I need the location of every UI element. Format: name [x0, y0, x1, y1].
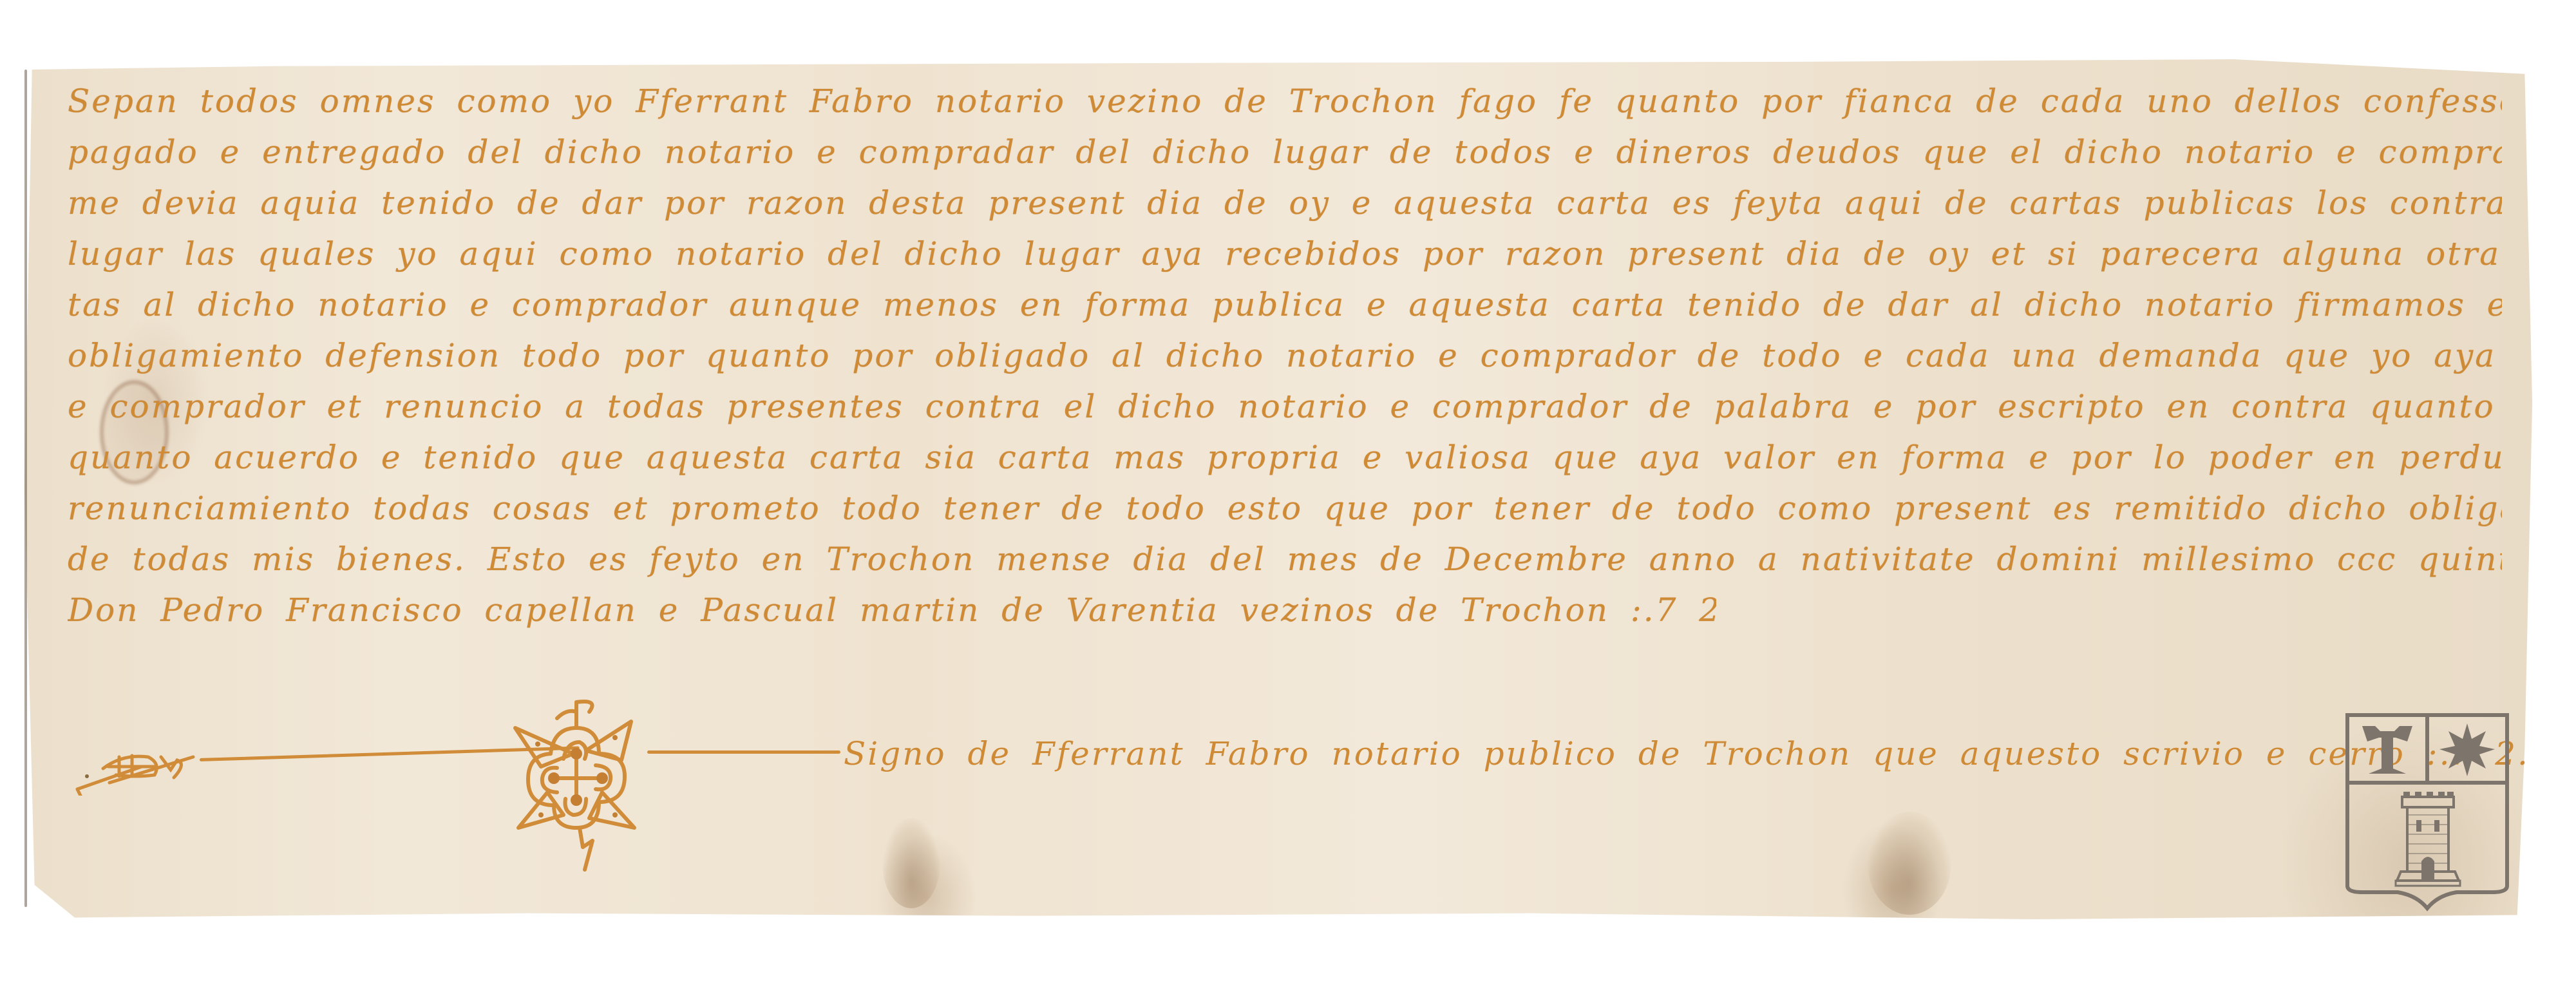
signature-rule-right: [647, 750, 840, 754]
text-line-4: lugar las quales yo aqui como notario de…: [68, 229, 2502, 280]
text-line-8: quanto acuerdo e tenido que aquesta cart…: [68, 432, 2502, 483]
water-stain-bottom-right: [1868, 812, 1951, 915]
text-line-1: Sepan todos omnes como yo Fferrant Fabro…: [68, 76, 2502, 127]
text-line-10: de todas mis bienes. Esto es feyto en Tr…: [68, 534, 2502, 585]
parchment-left-edge: [24, 70, 27, 907]
notary-subscription-text: Signo de Fferrant Fabro notario publico …: [844, 725, 2530, 783]
text-line-3: me devia aquia tenido de dar por razon d…: [68, 178, 2502, 229]
text-line-2: pagado e entregado del dicho notario e c…: [68, 127, 2502, 178]
text-line-9: renunciamiento todas cosas et prometo to…: [68, 483, 2502, 534]
water-stain-bottom-middle: [882, 818, 940, 908]
text-line-5: tas al dicho notario e comprador aunque …: [68, 280, 2502, 330]
monogram-flourish-icon: [64, 738, 206, 796]
coat-of-arms-icon: [2344, 712, 2510, 913]
notarial-subscription-row: Signo de Fferrant Fabro notario publico …: [64, 725, 2190, 815]
text-line-11: Don Pedro Francisco capellan e Pascual m…: [68, 585, 1716, 636]
text-line-7: e comprador et renuncio a todas presente…: [68, 381, 2502, 432]
tau-cross-charge: [2362, 726, 2412, 774]
tower-charge: [2396, 792, 2460, 886]
notary-signum-icon: [502, 683, 650, 876]
star-charge: [2439, 723, 2495, 776]
charter-body-text: Sepan todos omnes como yo Fferrant Fabro…: [68, 76, 2502, 636]
text-line-6: obligamiento defension todo por quanto p…: [68, 330, 2502, 381]
